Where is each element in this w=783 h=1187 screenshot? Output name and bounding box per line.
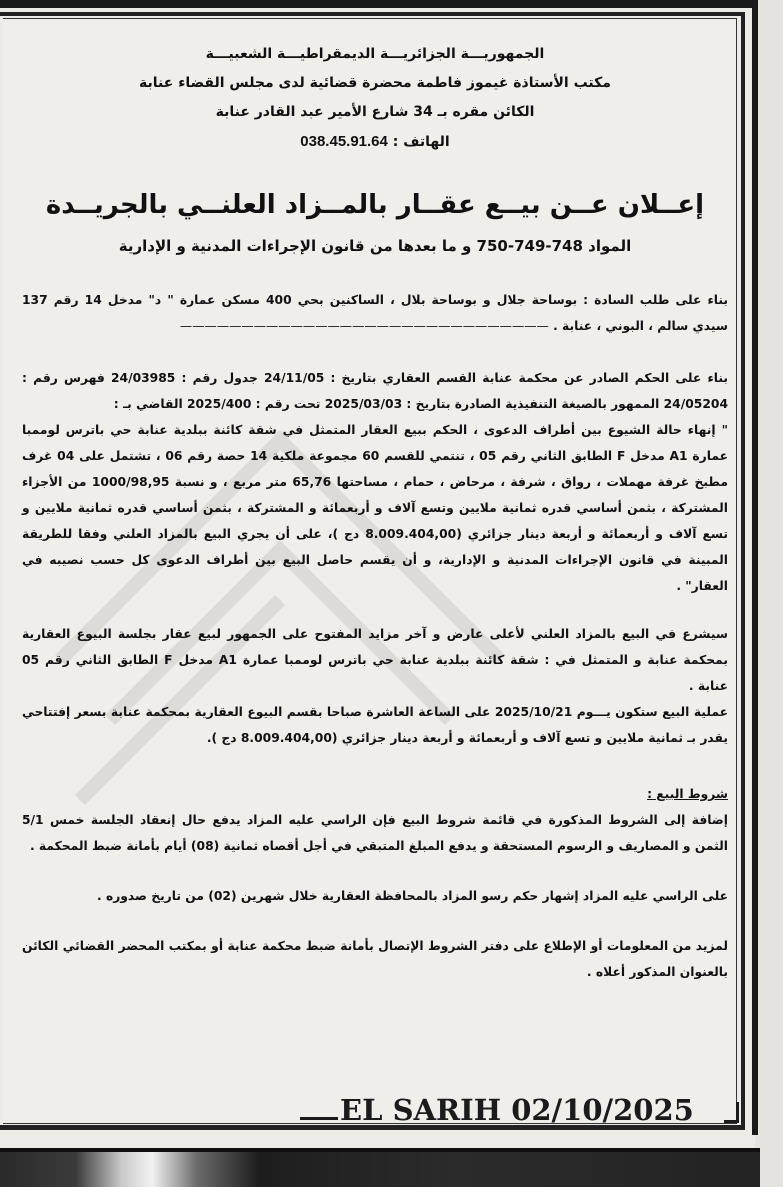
condition-payment: إضافة إلى الشروط المذكورة في قائمة شروط … <box>22 807 728 859</box>
request-dashes: —————————————————————————————— <box>180 319 549 333</box>
newspaper-source-date: EL SARIH 02/10/2025 <box>340 1088 694 1132</box>
judgment-paragraph: بناء على الحكم الصادر عن محكمة عنابة الق… <box>22 365 728 417</box>
condition-publication: على الراسي عليه المزاد إشهار حكم رسو الم… <box>22 883 728 909</box>
header-republic: الجمهوريـــة الجزائريـــة الديمقراطيـــة… <box>22 40 728 69</box>
announcement-body: الجمهوريـــة الجزائريـــة الديمقراطيـــة… <box>22 40 728 985</box>
phone-number: 038.45.91.64 <box>300 133 388 150</box>
header-office: مكتب الأستاذة غيموز فاطمة محضرة قضائية ل… <box>22 69 728 98</box>
announcement-title: إعــلان عــن بيــع عقــار بالمــزاد العل… <box>22 187 728 223</box>
request-paragraph: بناء على طلب السادة : بوساحة جلال و بوسا… <box>22 287 728 339</box>
auction-paragraph: سيشرع في البيع بالمزاد العلني لأعلى عارض… <box>22 621 728 699</box>
conditions-heading: شروط البيع : <box>22 781 728 807</box>
sale-date-paragraph: عملية البيع ستكون يـــوم 2025/10/21 على … <box>22 699 728 751</box>
footer-bracket <box>724 1102 739 1123</box>
header-phone: الهاتف : 038.45.91.64 <box>22 127 728 157</box>
footer-left-rule <box>300 1117 338 1120</box>
header-address: الكائن مقره بـ 34 شارع الأمير عبد القادر… <box>22 98 728 127</box>
right-column-rule <box>752 0 758 1135</box>
next-article-photo <box>0 1148 760 1187</box>
legal-articles-subtitle: المواد 748-749-750 و ما بعدها من قانون ا… <box>22 233 728 259</box>
phone-label: الهاتف : <box>393 134 450 150</box>
top-rule <box>0 0 755 8</box>
condition-contact: لمزيد من المعلومات أو الإطلاع على دفتر ا… <box>22 933 728 985</box>
ruling-paragraph: " إنهاء حالة الشيوع بين أطراف الدعوى ، ا… <box>22 417 728 599</box>
adjacent-column-strip <box>755 0 783 1187</box>
